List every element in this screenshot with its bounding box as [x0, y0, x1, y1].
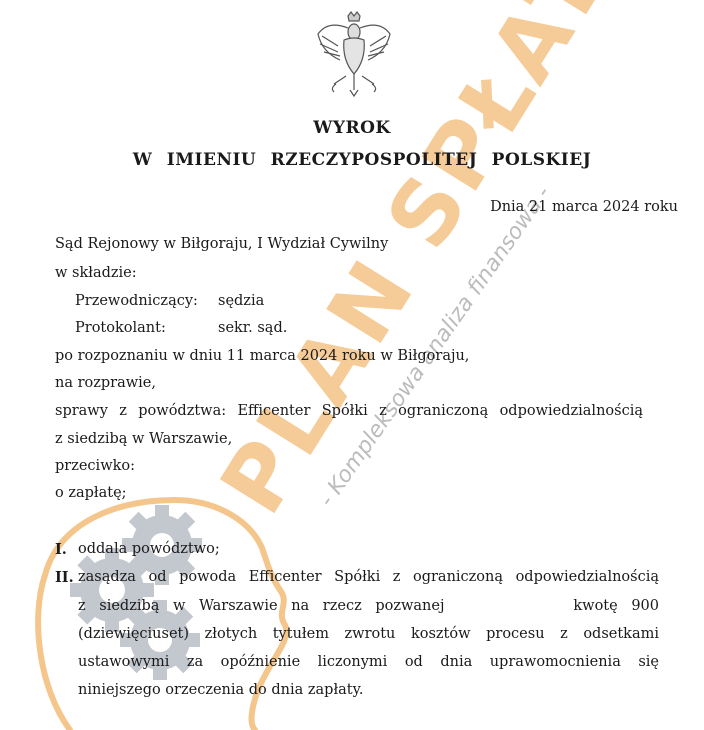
case-line-2: z siedzibą w Warszawie,	[55, 431, 232, 447]
hearing-line: po rozpoznaniu w dniu 11 marca 2024 roku…	[55, 348, 469, 364]
ruling-2-line-3: (dziewięciuset) złotych tytułem zwrotu k…	[78, 626, 659, 642]
ruling-2-line-4: ustawowymi za opóźnienie liczonymi od dn…	[78, 654, 659, 670]
ruling-number-1: I.	[55, 541, 67, 558]
composition-label: w składzie:	[55, 265, 137, 281]
presiding-value: sędzia	[218, 293, 264, 309]
ruling-2-line-2a: z siedzibą w Warszawie na rzecz pozwanej	[78, 598, 444, 614]
subject-line: o zapłatę;	[55, 485, 127, 501]
ruling-2-line-1: zasądza od powoda Efficenter Spółki z og…	[78, 569, 659, 585]
ruling-2-line-2: z siedzibą w Warszawie na rzecz pozwanej…	[78, 598, 659, 614]
court-judgment-page: PLAN SPŁATY - Kompleksowa analiza finans…	[0, 0, 704, 730]
clerk-value: sekr. sąd.	[218, 320, 287, 336]
case-line-1: sprawy z powództwa: Efficenter Spółki z …	[55, 403, 643, 419]
ruling-2-line-2b: kwotę 900	[573, 598, 659, 614]
clerk-label: Protokolant:	[75, 320, 218, 336]
ruling-2-line-5: niniejszego orzeczenia do dnia zapłaty.	[78, 682, 364, 698]
session-line: na rozprawie,	[55, 375, 156, 391]
presiding-judge-row: Przewodniczący:sędzia	[75, 293, 264, 309]
judgment-date: Dnia 21 marca 2024 roku	[490, 199, 678, 215]
clerk-row: Protokolant:sekr. sąd.	[75, 320, 287, 336]
presiding-label: Przewodniczący:	[75, 293, 218, 309]
ruling-1-text: oddala powództwo;	[78, 541, 220, 557]
ruling-number-2: II.	[55, 569, 74, 586]
judgment-title: WYROK	[0, 118, 704, 138]
judgment-subtitle: W IMIENIU RZECZYPOSPOLITEJ POLSKIEJ	[10, 150, 704, 170]
against-line: przeciwko:	[55, 458, 135, 474]
court-name: Sąd Rejonowy w Biłgoraju, I Wydział Cywi…	[55, 236, 388, 252]
polish-eagle-emblem	[312, 10, 396, 100]
